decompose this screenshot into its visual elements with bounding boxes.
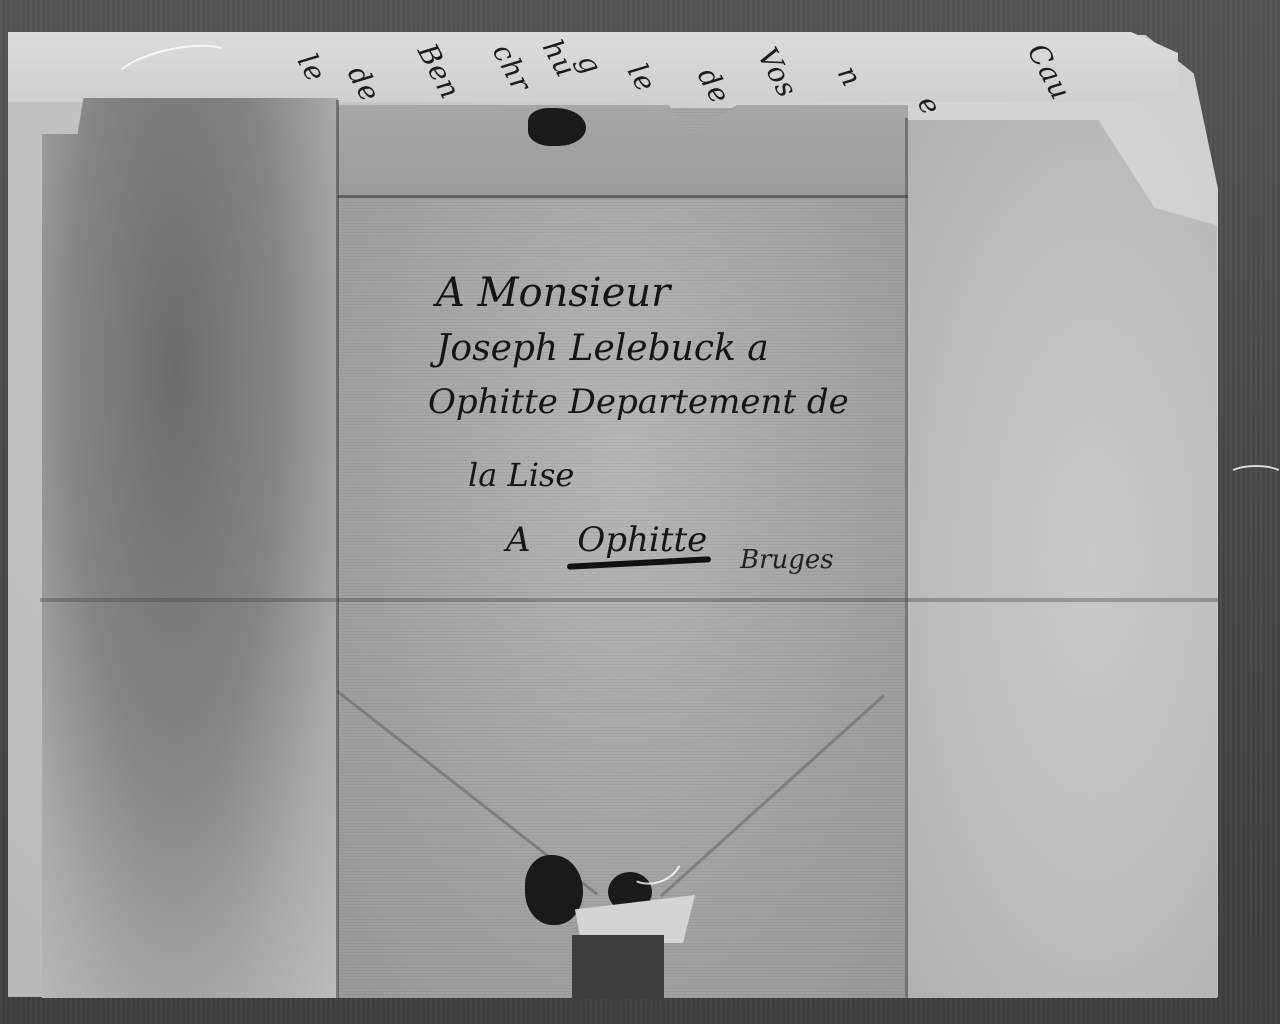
script-fragment: n: [831, 60, 869, 92]
destination-town: Ophitte: [577, 520, 707, 560]
address-prefix: A: [506, 520, 531, 560]
left-fold-panel: [42, 98, 338, 998]
address-block: A Monsieur Joseph Lelebuck a Ophitte Dep…: [428, 270, 888, 590]
fold-line: [338, 195, 908, 198]
address-line: Joseph Lelebuck a: [436, 328, 769, 369]
script-fragment: e: [911, 90, 948, 121]
script-fragment: le: [621, 58, 663, 98]
film-scratch: [1228, 465, 1280, 485]
script-fragment: chr: [486, 38, 539, 98]
postmark: Bruges: [740, 545, 834, 575]
address-line: A Ophitte: [506, 520, 707, 560]
fold-line: [905, 118, 908, 998]
script-fragment: de: [691, 62, 737, 110]
address-line: A Monsieur: [436, 270, 670, 316]
script-fragment: hu: [536, 34, 583, 83]
script-fragment: Vos: [751, 42, 804, 103]
script-fragment: de: [341, 60, 387, 108]
address-line: Ophitte Departement de: [428, 382, 849, 422]
fold-line: [336, 100, 339, 998]
script-fragment: g: [571, 48, 609, 80]
fold-line: [40, 598, 1218, 602]
script-fragment: Ben: [411, 38, 467, 105]
address-line: la Lise: [468, 456, 574, 494]
script-fragment: Cau: [1021, 38, 1078, 106]
ink-blot: [528, 108, 586, 146]
wax-seal-remnant: [525, 855, 583, 925]
torn-hole: [572, 935, 664, 999]
right-fold-panel: [905, 120, 1217, 998]
reverse-side-script: le de Ben chr hu g le de Vos n e Cau: [300, 38, 1120, 148]
